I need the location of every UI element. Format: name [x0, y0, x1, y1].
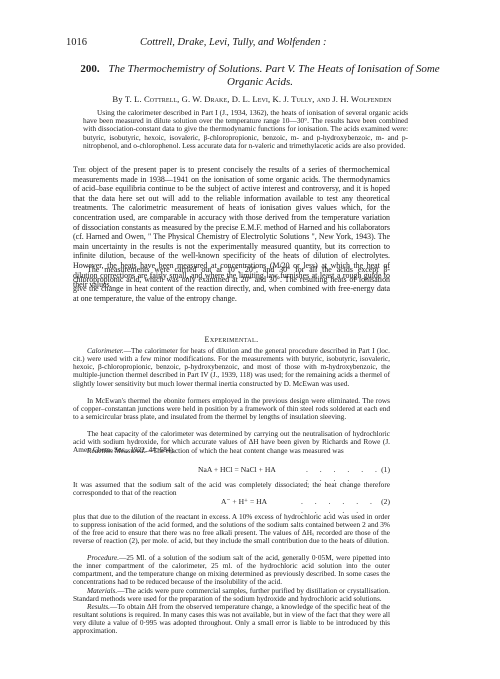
abstract: Using the calorimeter described in Part … [83, 109, 408, 150]
byline-prefix: By [112, 94, 122, 104]
results-paragraph: Results.—To obtain ΔH from the observed … [73, 603, 390, 636]
procedure-paragraph: Procedure.—25 Ml. of a solution of the s… [73, 554, 390, 587]
reaction-text: —The reaction of which the heat content … [146, 446, 344, 455]
byline: By T. L. Cottrell, G. W. Drake, D. L. Le… [72, 94, 432, 104]
equation-1: NaA + HCl = NaCl + HA . . . . . . . . . … [73, 465, 390, 477]
materials-text: —The acids were pure commercial samples,… [73, 586, 390, 603]
reaction-label: Reaction Measured. [87, 446, 146, 455]
equation-2-number: (2) [381, 497, 390, 506]
equation-1-number: (1) [381, 465, 390, 474]
page-number: 1016 [66, 37, 87, 48]
results-text: —To obtain ΔH from the observed temperat… [73, 602, 390, 635]
running-title: Cottrell, Drake, Levi, Tully, and Wolfen… [140, 37, 326, 48]
materials-paragraph: Materials.—The acids were pure commercia… [73, 587, 390, 603]
intro-paragraph-2: The measurements were carried out at 10°… [73, 265, 390, 303]
equation-2-formula: A⁻ + H⁺ = HA [221, 497, 267, 506]
equation-1-formula: NaA + HCl = NaCl + HA [198, 465, 276, 474]
section-heading-experimental: Experimental. [73, 335, 390, 344]
equation-2: A⁻ + H⁺ = HA . . . . . . . . . . . (2) [73, 497, 390, 509]
authors: T. L. Cottrell, G. W. Drake, D. L. Levi,… [125, 94, 392, 104]
procedure-text: —25 Ml. of a solution of the sodium salt… [73, 553, 390, 586]
journal-page: 1016 Cottrell, Drake, Levi, Tully, and W… [0, 0, 500, 679]
drop-word: The [73, 165, 86, 174]
mcewan-paragraph: In McEwan's thermel the ebonite formers … [73, 397, 390, 421]
article-title-text: The Thermochemistry of Solutions. Part V… [108, 63, 439, 88]
calorimeter-paragraph: Calorimeter.—The calorimeter for heats o… [73, 347, 390, 388]
article-title: 200. The Thermochemistry of Solutions. P… [80, 63, 440, 89]
article-number: 200. [80, 63, 99, 75]
assumption-paragraph: It was assumed that the sodium salt of t… [73, 481, 390, 497]
dilution-paragraph: plus that due to the dilution of the rea… [73, 513, 390, 546]
reaction-paragraph: Reaction Measured.—The reaction of which… [73, 447, 390, 455]
